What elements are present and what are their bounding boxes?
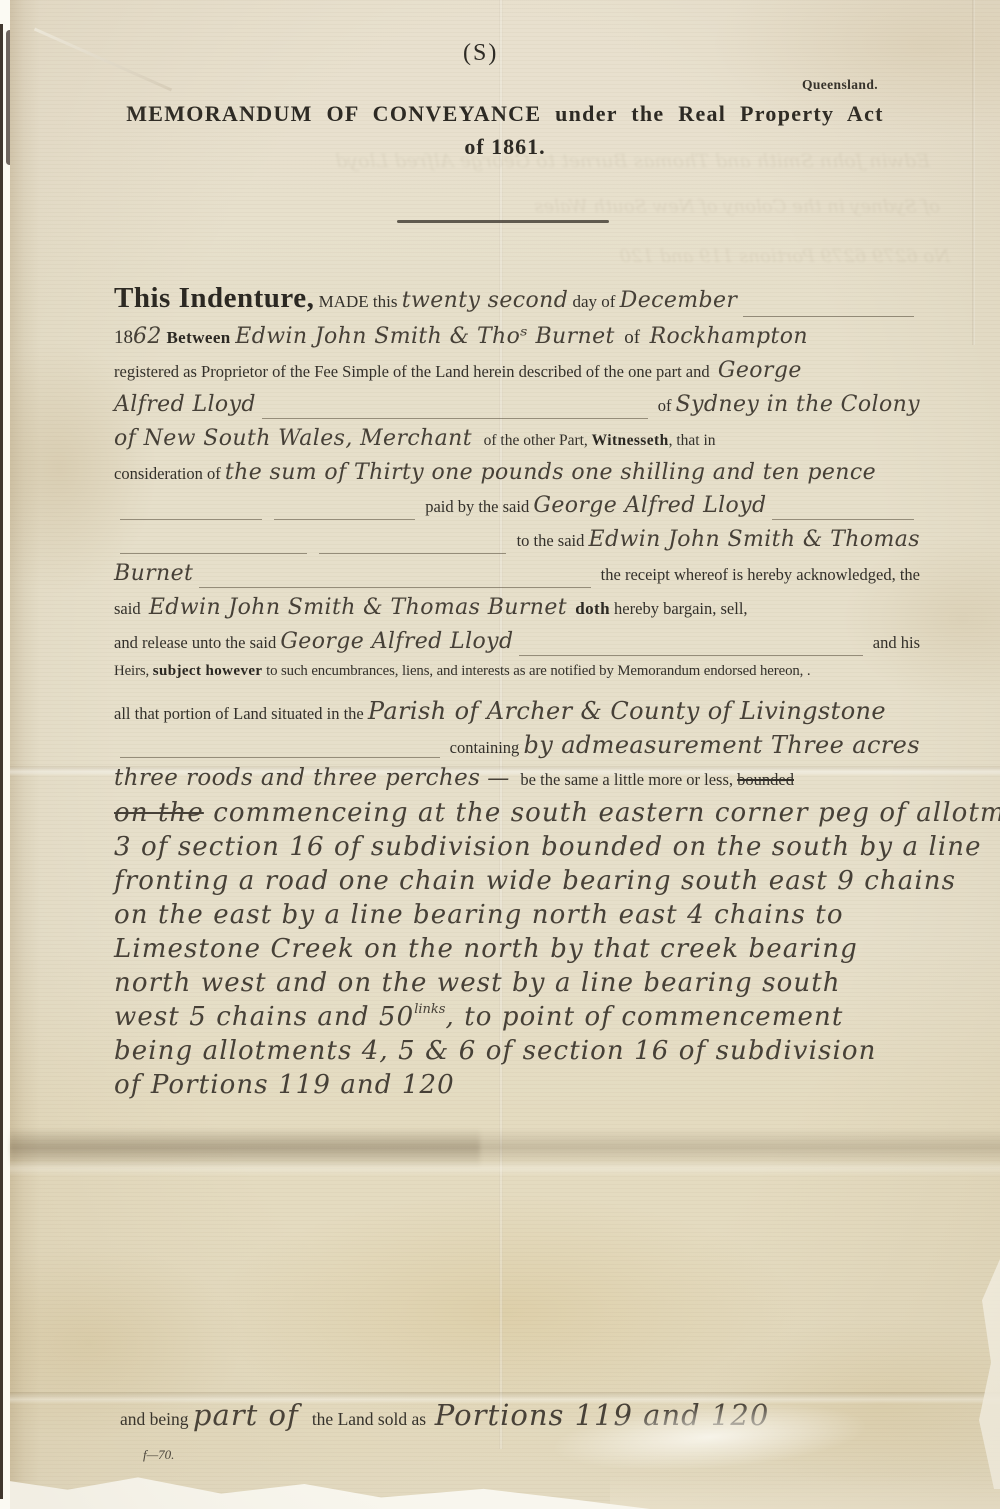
handwritten-text: part of	[193, 1398, 299, 1432]
document-line: containing by admeasurement Three acres	[114, 731, 920, 765]
document-line: Alfred Lloyd of Sydney in the Colony	[114, 392, 920, 426]
document-line: Heirs, subject however to such encumbran…	[114, 663, 920, 697]
printed-text: paid by the said	[421, 497, 533, 517]
document-line: 1862 Between Edwin John Smith & Thoˢ Bur…	[114, 324, 920, 358]
printed-text: the receipt whereof is hereby acknowledg…	[597, 565, 920, 585]
document-line: west 5 chains and 50links, to point of c…	[114, 1002, 920, 1036]
blackletter-text: subject however	[153, 663, 263, 680]
corner-crease	[34, 28, 172, 92]
title-divider-rule	[397, 220, 609, 223]
document-title: MEMORANDUM OF CONVEYANCE under the Real …	[50, 101, 960, 160]
handwritten-text: Parish of Archer & County of Livingstone	[368, 697, 886, 725]
handwritten-text: Edwin John Smith & Thoˢ Burnet	[235, 324, 615, 349]
printed-text: to such encumbrances, liens, and interes…	[262, 663, 810, 680]
handwritten-text: three roods and three perches	[114, 765, 480, 791]
document-line: registered as Proprietor of the Fee Simp…	[114, 358, 920, 392]
printed-text: of	[654, 396, 676, 416]
handwritten-text: of Portions 119 and 120	[114, 1070, 455, 1100]
deed-body: This Indenture, MADE this twenty second …	[114, 282, 920, 1103]
handwritten-text: being allotments 4, 5 & 6 of section 16 …	[114, 1036, 876, 1066]
document-line: on the commenceing at the south eastern …	[114, 798, 920, 832]
handwritten-superscript: links	[414, 1002, 445, 1017]
document-line: fronting a road one chain wide bearing s…	[114, 866, 920, 900]
fill-in-rule	[262, 418, 648, 419]
blackletter-text: Between	[162, 328, 235, 348]
printed-text: be the same a little more or less,	[516, 770, 737, 790]
document-line: of Portions 119 and 120	[114, 1070, 920, 1104]
document-line: all that portion of Land situated in the…	[114, 697, 920, 731]
handwritten-text: Edwin John Smith & Thomas Burnet	[149, 595, 567, 620]
printed-text: consideration of	[114, 464, 225, 484]
torn-bottom-edge	[10, 1461, 650, 1509]
fill-in-rule	[120, 757, 440, 758]
document-line: being allotments 4, 5 & 6 of section 16 …	[114, 1036, 920, 1070]
document-line: 3 of section 16 of subdivision bounded o…	[114, 832, 920, 866]
document-line: paid by the said George Alfred Lloyd	[114, 493, 920, 527]
vertical-fold-crease	[972, 0, 975, 345]
printed-text: containing	[446, 738, 524, 758]
printed-text: and release unto the said	[114, 633, 280, 653]
handwritten-text: north west and on the west by a line bea…	[114, 968, 841, 998]
document-line: on the east by a line bearing north east…	[114, 900, 920, 934]
handwritten-text: December	[620, 288, 738, 313]
form-code: f—70.	[143, 1447, 174, 1463]
handwritten-text: west 5 chains and 50	[114, 1002, 414, 1032]
fill-in-rule	[274, 519, 416, 520]
printed-text: the Land sold as	[299, 1409, 435, 1430]
torn-right-edge	[970, 1259, 1000, 1489]
handwritten-text: , to point of commencement	[445, 1002, 843, 1032]
region-label: Queensland.	[802, 77, 878, 93]
handwritten-text: on the east by a line bearing north east…	[114, 900, 844, 930]
handwritten-text: 62	[133, 324, 162, 349]
printed-text: of	[615, 327, 650, 349]
paper-sheet: Edwin John Smith and Thomas Burnet to Ge…	[10, 0, 1000, 1509]
handwritten-text: Edwin John Smith & Thomas	[589, 527, 920, 552]
handwritten-text: Alfred Lloyd	[114, 392, 256, 417]
blackletter-text: This Indenture,	[114, 282, 314, 315]
document-line: three roods and three perches — be the s…	[114, 765, 920, 799]
blackletter-text: Witnesseth	[592, 432, 669, 450]
blackletter-text: doth	[575, 599, 610, 619]
document-line: Limestone Creek on the north by that cre…	[114, 934, 920, 968]
handwritten-text: of New South Wales, Merchant	[114, 426, 472, 451]
fill-in-rule	[772, 519, 914, 520]
printed-text: of the other Part,	[472, 432, 592, 450]
document-line: north west and on the west by a line bea…	[114, 968, 920, 1002]
printed-text-struck: bounded	[737, 770, 794, 790]
fill-in-rule	[120, 519, 262, 520]
printed-text: to the said	[512, 531, 588, 551]
document-line: said Edwin John Smith & Thomas Burnet do…	[114, 595, 920, 629]
handwritten-text: 3 of section 16 of subdivision bounded o…	[114, 832, 982, 862]
fill-in-rule	[319, 553, 506, 554]
printed-text: 18	[114, 327, 133, 349]
printed-text: and being	[120, 1409, 193, 1430]
document-line: of New South Wales, Merchant of the othe…	[114, 426, 920, 460]
handwritten-text: Burnet	[114, 561, 193, 586]
printed-text: said	[114, 599, 149, 619]
printed-text: and his	[869, 633, 920, 653]
horizontal-fold-shadow	[10, 1128, 480, 1172]
fill-in-rule	[743, 316, 914, 317]
series-mark: (S)	[463, 40, 498, 67]
handwritten-text: Limestone Creek on the north by that cre…	[114, 934, 858, 964]
printed-text: registered as Proprietor of the Fee Simp…	[114, 362, 718, 382]
handwritten-dash: —	[480, 766, 516, 791]
printed-text: Heirs,	[114, 663, 153, 680]
handwritten-text: fronting a road one chain wide bearing s…	[114, 866, 956, 896]
printed-text: all that portion of Land situated in the	[114, 704, 368, 724]
scanned-deed-page: Edwin John Smith and Thomas Burnet to Ge…	[0, 0, 1000, 1509]
handwritten-text: the sum of Thirty one pounds one shillin…	[225, 460, 876, 485]
fill-in-rule	[120, 553, 307, 554]
handwritten-text: by admeasurement Three acres	[523, 731, 920, 759]
document-line: and release unto the said George Alfred …	[114, 629, 920, 663]
fill-in-rule	[519, 655, 862, 656]
bleedthrough-text: of Sydney in the Colony of New South Wal…	[100, 196, 940, 217]
printed-text	[567, 599, 575, 619]
printed-text: day of	[568, 292, 619, 312]
fill-in-rule	[199, 587, 590, 588]
handwritten-text: George Alfred Lloyd	[533, 493, 766, 518]
printed-text: MADE this	[314, 292, 401, 312]
document-line: to the said Edwin John Smith & Thomas	[114, 527, 920, 561]
bleedthrough-text: No 6279 6279 Portions 119 and 120	[80, 246, 950, 267]
scan-edge-line	[0, 24, 3, 1499]
bottom-paper-band	[610, 1475, 1000, 1509]
handwritten-text: George	[718, 358, 802, 383]
document-line: Burnet the receipt whereof is hereby ack…	[114, 561, 920, 595]
handwritten-text: George Alfred Lloyd	[280, 629, 513, 654]
title-line-2: of 1861.	[50, 134, 960, 160]
handwritten-text: twenty second	[402, 288, 568, 313]
handwritten-text-struck: on the	[114, 798, 204, 828]
handwritten-text: commenceing at the south eastern corner …	[204, 798, 1000, 828]
document-line: consideration of the sum of Thirty one p…	[114, 460, 920, 494]
handwritten-text: Rockhampton	[650, 324, 808, 349]
printed-text: hereby bargain, sell,	[610, 599, 748, 619]
document-line: This Indenture, MADE this twenty second …	[114, 282, 920, 324]
handwritten-text: Sydney in the Colony	[676, 392, 920, 417]
printed-text: , that in	[669, 432, 716, 450]
title-line-1: MEMORANDUM OF CONVEYANCE under the Real …	[50, 101, 960, 127]
